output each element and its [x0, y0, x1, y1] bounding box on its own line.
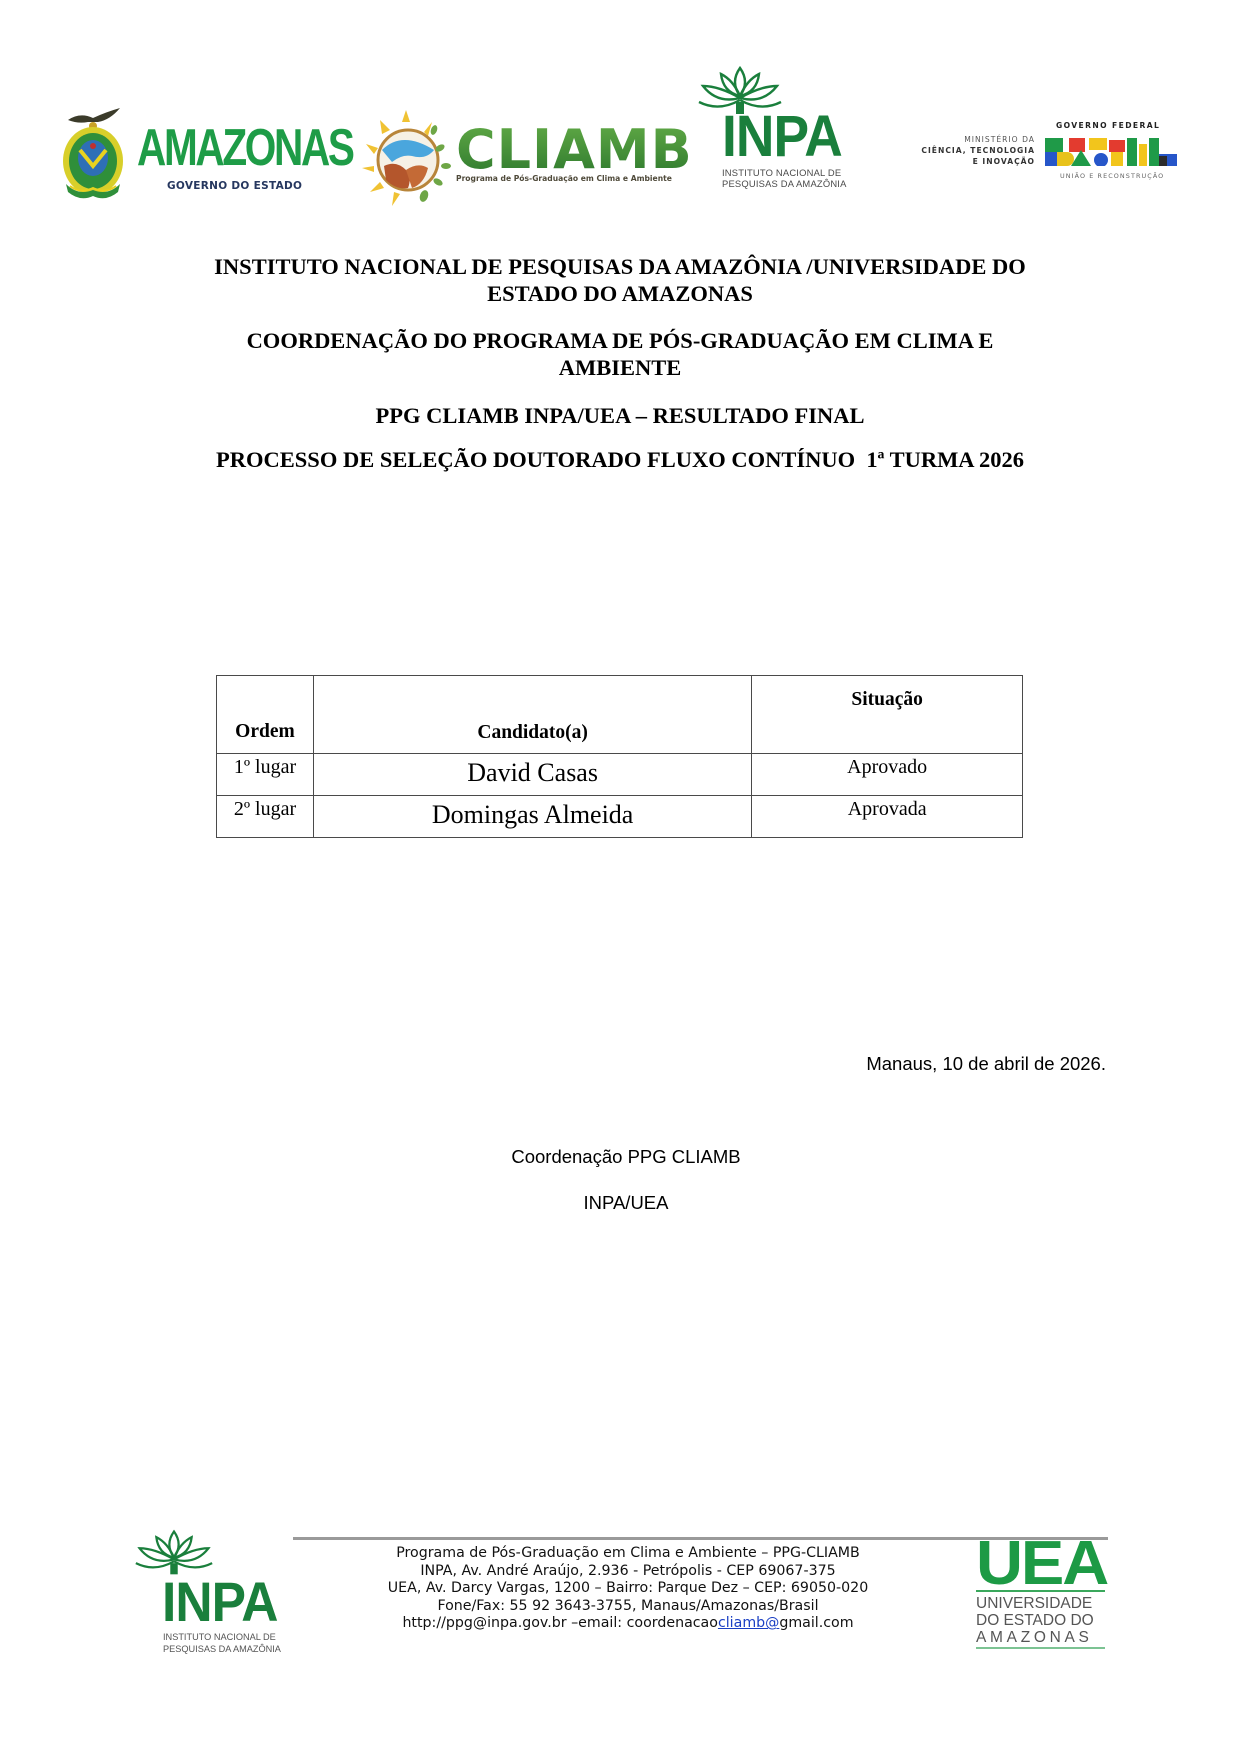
inpa-logo-text: INPA: [722, 108, 842, 166]
header-situacao: Situação: [752, 676, 1023, 754]
cell-situacao: Aprovado: [752, 754, 1023, 796]
cell-ordem: 2º lugar: [217, 796, 314, 838]
institution-title: INSTITUTO NACIONAL DE PESQUISAS DA AMAZÔ…: [150, 253, 1090, 307]
signature-coordination: Coordenação PPG CLIAMB: [0, 1146, 1241, 1168]
selection-process-title: PROCESSO DE SELEÇÃO DOUTORADO FLUXO CONT…: [150, 446, 1090, 473]
date-line: Manaus, 10 de abril de 2026.: [866, 1053, 1106, 1075]
uea-logo-rule-bottom: [976, 1647, 1105, 1649]
amazonas-logo-text: AMAZONAS: [137, 122, 353, 174]
cliamb-logo-text: CLIAMB: [456, 123, 693, 177]
table-row: 1º lugar David Casas Aprovado: [217, 754, 1023, 796]
cell-situacao: Aprovada: [752, 796, 1023, 838]
uea-logo-text: UEA: [976, 1533, 1107, 1595]
footer-contact-line: http://ppg@inpa.gov.br –email: coordenac…: [300, 1615, 956, 1633]
results-table: Ordem Candidato(a) Situação 1º lugar Dav…: [216, 675, 1023, 838]
table-row: 2º lugar Domingas Almeida Aprovada: [217, 796, 1023, 838]
header-candidato: Candidato(a): [313, 676, 751, 754]
table-header-row: Ordem Candidato(a) Situação: [217, 676, 1023, 754]
cell-candidato: Domingas Almeida: [313, 796, 751, 838]
email-link[interactable]: cliamb@: [718, 1615, 779, 1631]
cliamb-logo-subtitle: Programa de Pós-Graduação em Clima e Amb…: [456, 174, 672, 183]
header-ordem: Ordem: [217, 676, 314, 754]
inpa-logo-subtitle: INSTITUTO NACIONAL DE PESQUISAS DA AMAZÔ…: [722, 167, 847, 189]
uea-logo-rule: [976, 1590, 1105, 1592]
gov-federal-label: GOVERNO FEDERAL: [1056, 121, 1160, 130]
cell-candidato: David Casas: [313, 754, 751, 796]
coordination-title: COORDENAÇÃO DO PROGRAMA DE PÓS-GRADUAÇÃO…: [150, 327, 1090, 381]
inpa-footer-logo-subtitle: INSTITUTO NACIONAL DE PESQUISAS DA AMAZÔ…: [163, 1631, 281, 1655]
amazonas-coat-of-arms-icon: [58, 106, 128, 202]
cell-ordem: 1º lugar: [217, 754, 314, 796]
cliamb-emblem-icon: [362, 110, 454, 206]
uea-logo-subtitle: UNIVERSIDADE DO ESTADO DO AMAZONAS: [976, 1595, 1106, 1646]
footer-address: Programa de Pós-Graduação em Clima e Amb…: [300, 1545, 956, 1633]
result-title: PPG CLIAMB INPA/UEA – RESULTADO FINAL: [150, 402, 1090, 429]
signature-institutions: INPA/UEA: [0, 1192, 1241, 1214]
brasil-logo-icon: [1045, 138, 1177, 166]
gov-federal-slogan: UNIÃO E RECONSTRUÇÃO: [1060, 172, 1164, 180]
mcti-logo-text: MINISTÉRIO DA CIÊNCIA, TECNOLOGIA E INOV…: [880, 134, 1035, 167]
inpa-footer-logo-text: INPA: [162, 1574, 278, 1630]
amazonas-logo-subtitle: GOVERNO DO ESTADO: [167, 180, 302, 192]
